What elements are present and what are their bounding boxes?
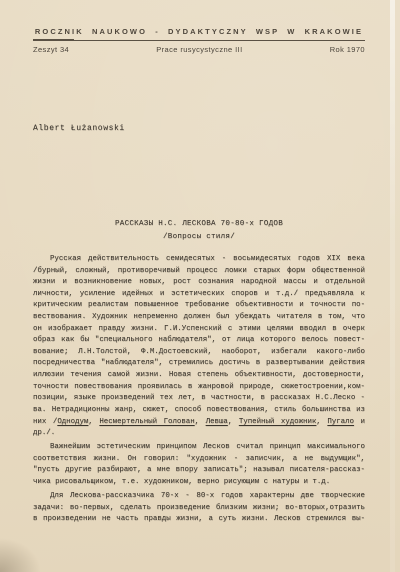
body-line: критическим реалистам повышенное требова…	[33, 300, 365, 312]
body-line: соответствия жизни. Он говорил: "художни…	[33, 454, 365, 466]
body-line: образ как бы "специального наблюдателя",…	[33, 335, 365, 347]
body-line: Важнейшим эстетическим принципом Лесков …	[33, 442, 365, 454]
body-line: вествования. Художник непременно должен …	[33, 312, 365, 324]
article-title-block: РАССКАЗЫ Н.С. ЛЕСКОВА 70-80-х ГОДОВ /Воп…	[33, 218, 365, 243]
body-line: точности повествования проявилась в жанр…	[33, 382, 365, 394]
text-part: и	[354, 418, 365, 426]
article-title: РАССКАЗЫ Н.С. ЛЕСКОВА 70-80-х ГОДОВ	[33, 218, 365, 231]
body-line: личности, усиление идейных и эстетически…	[33, 289, 365, 301]
body-line: чика рисовальщиком, т.е. художником, вер…	[33, 477, 365, 489]
series-label: Prace rusycystyczne III	[156, 45, 242, 54]
page-edge-highlight	[390, 0, 395, 572]
body-line: "пусть другие разбирают, а мне впору зап…	[33, 465, 365, 477]
body-line: /бурный, сложный, противоречивый процесс…	[33, 266, 365, 278]
article-subtitle: /Вопросы стиля/	[33, 231, 365, 244]
body-line: задачи: во-первых, сделать произведение …	[33, 503, 365, 515]
body-line: ва. Нетрадиционны жанр, сюжет, способ по…	[33, 405, 365, 417]
journal-title: ROCZNIK NAUKOWO - DYDAKTYCZNY WSP W KRAK…	[33, 27, 365, 36]
year-label: Rok 1970	[330, 45, 365, 54]
body-line: Для Лескова-рассказчика 70-х - 80-х годо…	[33, 491, 365, 503]
body-line: позиции, языке произведений тех лет, в ч…	[33, 393, 365, 405]
body-line: др./.	[33, 428, 365, 440]
story-title: Левша	[206, 418, 228, 426]
header-meta-row: Zeszyt 34 Prace rusycystyczne III Rok 19…	[33, 45, 365, 54]
issue-label: Zeszyt 34	[33, 45, 69, 54]
story-title: Однодум	[57, 418, 88, 426]
body-line: жизни и возникновение новых, рост сознан…	[33, 277, 365, 289]
header-rule	[33, 40, 365, 41]
journal-header: ROCZNIK NAUKOWO - DYDAKTYCZNY WSP W KRAK…	[33, 27, 365, 54]
body-line: он изображает правду жизни. Г.И.Успенски…	[33, 324, 365, 336]
body-line: вование; Л.Н.Толстой, Ф.М.Достоевский, н…	[33, 347, 365, 359]
document-page: ROCZNIK NAUKOWO - DYDAKTYCZNY WSP W KRAK…	[0, 0, 400, 572]
text-part: ,	[316, 418, 327, 426]
text-part: них /	[33, 418, 57, 426]
body-line: Русская действительность семидесятых - в…	[33, 254, 365, 266]
article-body: Русская действительность семидесятых - в…	[33, 254, 365, 526]
body-line-story-titles: них /Однодум, Несмертельный Голован, Лев…	[33, 417, 365, 429]
story-title: Тупейный художник	[239, 418, 317, 426]
story-title: Несмертельный Голован	[99, 418, 194, 426]
body-line: в произведении не часть правды жизни, а …	[33, 514, 365, 526]
text-part: ,	[195, 418, 206, 426]
text-part: ,	[228, 418, 239, 426]
text-part: ,	[88, 418, 99, 426]
body-line: посредничества "наблюдателя", стремились…	[33, 358, 365, 370]
author-name: Albert Łużanowski	[33, 124, 125, 133]
story-title: Пугало	[327, 418, 354, 426]
body-line: иллюзии течения самой жизни. Новая степе…	[33, 370, 365, 382]
